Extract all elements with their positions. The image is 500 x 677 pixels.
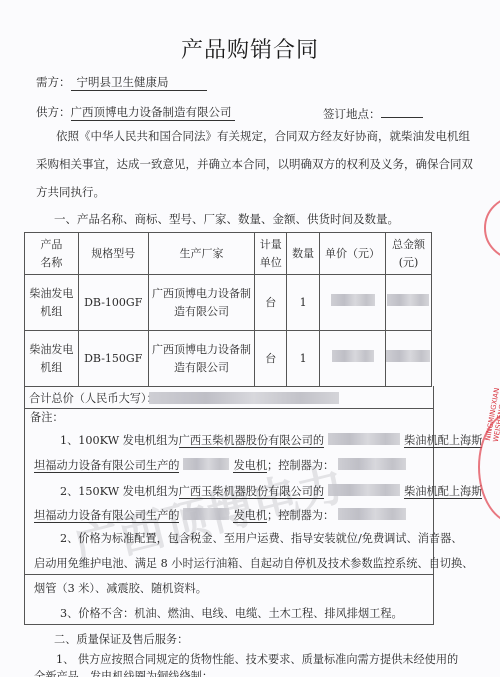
header-total: 总金额(元) [385,233,431,275]
cell-unit: 台 [255,331,287,387]
notes-label: 备注： [30,409,64,425]
note-2-line-1: 2、150KW 发电机组为广西玉柴机器股份有限公司的柴油机配上海斯 [60,483,482,499]
note-3-line-2: 启动用免维护电池、满足 8 小时运行油箱、自起动自停机及技术参数监控系统、自切换… [34,555,473,571]
table-header-row: 产品名称 规格型号 生产厂家 计量单位 数量 单价（元） 总金额(元) [25,233,432,275]
buyer-value: 宁明县卫生健康局 [71,74,207,91]
cell-unit-price [320,331,386,387]
cell-total [385,275,431,331]
sign-place-row: 签订地点： [323,104,423,122]
seller-label: 供方： [36,105,71,119]
red-stamp-top [484,196,500,260]
section2-heading: 二、质量保证及售后服务： [54,631,188,647]
cell-model: DB-150GF [78,331,148,387]
note-3-line-1: 2、价格为标准配置，包含税金、至用户运费、指导安装就位/免费调试、消音器、 [60,530,462,546]
sign-place-value [381,104,423,118]
intro-line-1: 依照《中华人民共和国合同法》有关规定，合同双方经友好协商，就柴油发电机组 [56,128,470,144]
intro-line-2: 采购相关事宜，达成一致意见，并确立本合同，以明确双方的权利及义务，确保合同双 [36,156,473,172]
product-table: 产品名称 规格型号 生产厂家 计量单位 数量 单价（元） 总金额(元) 柴油发电… [24,232,432,387]
note-2-line-2: 坦福动力设备有限公司生产的发电机；控制器为： [34,507,406,523]
total-label: 合计总价（人民币大写）： [29,390,158,406]
intro-line-3: 方共同执行。 [36,184,105,200]
cell-maker: 广西顶博电力设备制造有限公司 [148,331,255,387]
note-4: 3、价格不含：机油、燃油、电线、电缆、土木工程、排风排烟工程。 [60,605,403,621]
cell-unit-price [320,275,386,331]
page-title: 产品购销合同 [0,33,500,64]
section2-line-2: 全新产品，发电机线圈为铜线绕制； [34,668,213,677]
redacted-total [387,294,429,306]
seller-value: 广西顶博电力设备制造有限公司 [71,104,235,121]
note-1-line-1: 1、100KW 发电机组为广西玉柴机器股份有限公司的柴油机配上海斯 [60,432,482,448]
header-unit: 计量单位 [255,233,287,275]
buyer-label: 需方： [36,75,71,89]
redacted-unit-price [332,350,374,362]
table-row: 柴油发电机组 DB-150GF 广西顶博电力设备制造有限公司 台 1 [25,331,432,387]
table-row: 柴油发电机组 DB-100GF 广西顶博电力设备制造有限公司 台 1 [25,275,432,331]
sign-place-label: 签订地点： [323,107,381,121]
header-model: 规格型号 [78,233,148,275]
total-row: 合计总价（人民币大写）： [24,386,434,409]
cell-qty: 1 [287,275,320,331]
cell-name: 柴油发电机组 [25,275,79,331]
cell-model: DB-100GF [78,275,148,331]
note-1-line-2: 坦福动力设备有限公司生产的发电机；控制器为： [34,457,406,473]
redacted-total [386,350,430,362]
cell-qty: 1 [287,331,320,387]
section1-heading: 一、产品名称、商标、型号、厂家、数量、金额、供货时间及数量。 [54,211,399,227]
cell-name: 柴油发电机组 [25,331,79,387]
header-qty: 数量 [287,233,320,275]
stamp-text: NINGMINGXIAN WEISHENG [484,387,500,443]
header-unit-price: 单价（元） [320,233,386,275]
seller-row: 供方：广西顶博电力设备制造有限公司 [36,104,235,121]
section2-line-1: 1、 供方应按照合同规定的货物性能、技术要求、质量标准向需方提供未经使用的 [56,651,458,667]
header-product-name: 产品名称 [25,233,79,275]
cell-unit: 台 [255,275,287,331]
cell-maker: 广西顶博电力设备制造有限公司 [148,275,255,331]
redacted-total-amount [149,392,339,404]
redacted-unit-price [331,294,375,306]
cell-total [385,331,431,387]
buyer-row: 需方：宁明县卫生健康局 [36,74,207,91]
header-maker: 生产厂家 [148,233,255,275]
